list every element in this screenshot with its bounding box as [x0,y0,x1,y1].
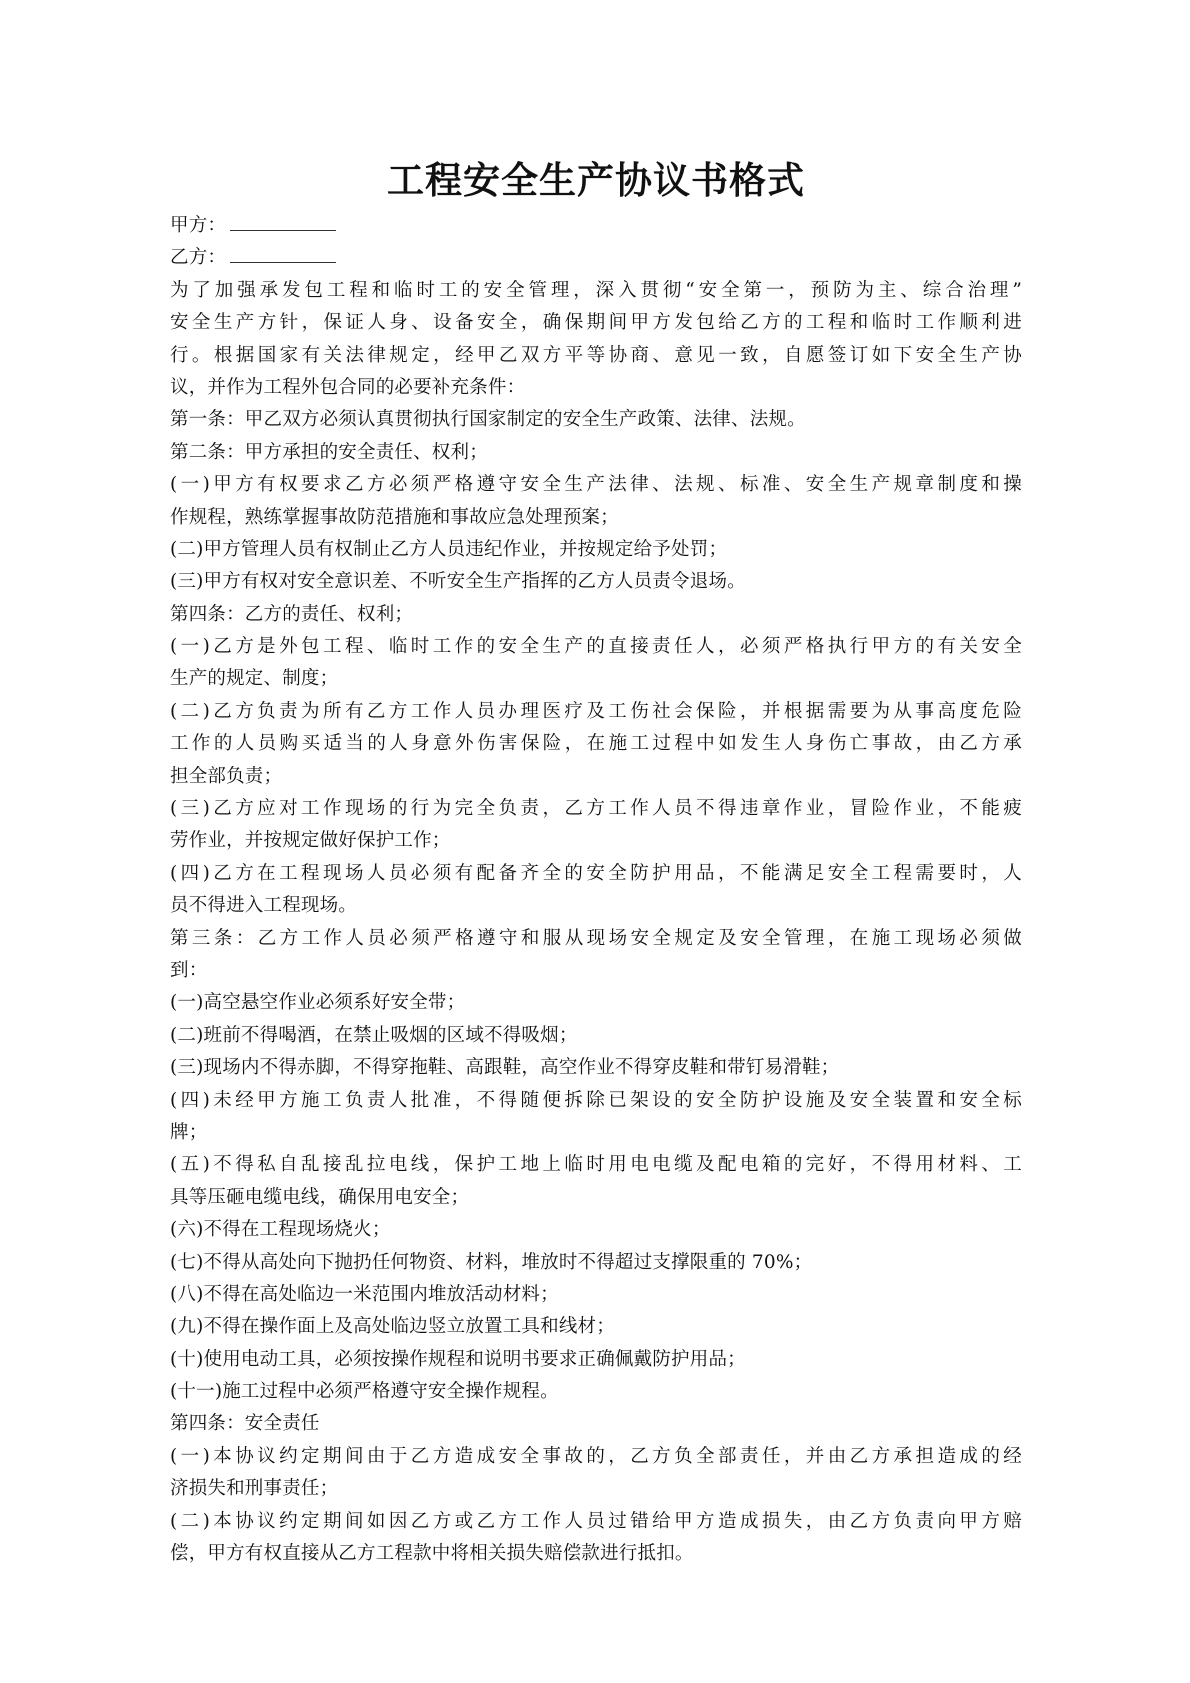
text-line: 第三条：乙方工作人员必须严格遵守和服从现场安全规定及安全管理，在施工现场必须做 [170,923,1022,955]
text-line: (六)不得在工程现场烧火； [170,1214,1022,1246]
text-line: (一)高空悬空作业必须系好安全带； [170,987,1022,1019]
text-line: 生产的规定、制度； [170,663,1022,695]
text-line: (八)不得在高处临边一米范围内堆放活动材料； [170,1279,1022,1311]
document-body: 为了加强承发包工程和临时工的安全管理，深入贯彻“安全第一，预防为主、综合治理”安… [170,275,1022,1571]
text-line: 员不得进入工程现场。 [170,890,1022,922]
text-line: (三)现场内不得赤脚，不得穿拖鞋、高跟鞋，高空作业不得穿皮鞋和带钉易滑鞋； [170,1052,1022,1084]
text-line: 牌； [170,1117,1022,1149]
party-b-line: 乙方： [170,242,1022,274]
text-line: 济损失和刑事责任； [170,1473,1022,1505]
text-line: (九)不得在操作面上及高处临边竖立放置工具和线材； [170,1311,1022,1343]
text-line: (四)乙方在工程现场人员必须有配备齐全的安全防护用品，不能满足安全工程需要时，人 [170,858,1022,890]
party-a-blank-field [230,210,336,231]
text-line: 具等压砸电缆电线，确保用电安全； [170,1182,1022,1214]
text-line: (二)本协议约定期间如因乙方或乙方工作人员过错给甲方造成损失，由乙方负责向甲方赔 [170,1506,1022,1538]
text-line: (一)乙方是外包工程、临时工作的安全生产的直接责任人，必须严格执行甲方的有关安全 [170,631,1022,663]
text-line: 偿，甲方有权直接从乙方工程款中将相关损失赔偿款进行抵扣。 [170,1538,1022,1570]
text-line: 担全部负责； [170,761,1022,793]
text-line: 为了加强承发包工程和临时工的安全管理，深入贯彻“安全第一，预防为主、综合治理” [170,275,1022,307]
text-line: 第一条：甲乙双方必须认真贯彻执行国家制定的安全生产政策、法律、法规。 [170,404,1022,436]
text-line: 工作的人员购买适当的人身意外伤害保险，在施工过程中如发生人身伤亡事故，由乙方承 [170,728,1022,760]
text-line: 第二条：甲方承担的安全责任、权利； [170,437,1022,469]
party-b-label: 乙方： [170,247,226,268]
text-line: (三)甲方有权对安全意识差、不听安全生产指挥的乙方人员责令退场。 [170,566,1022,598]
text-line: (二)甲方管理人员有权制止乙方人员违纪作业，并按规定给予处罚； [170,534,1022,566]
text-line: (二)班前不得喝酒，在禁止吸烟的区域不得吸烟； [170,1020,1022,1052]
text-line: (十)使用电动工具，必须按操作规程和说明书要求正确佩戴防护用品； [170,1344,1022,1376]
document-page: 工程安全生产协议书格式 甲方： 乙方： 为了加强承发包工程和临时工的安全管理，深… [170,152,1022,1570]
text-line: 第四条：安全责任 [170,1408,1022,1440]
text-line: (十一)施工过程中必须严格遵守安全操作规程。 [170,1376,1022,1408]
text-line: 到： [170,955,1022,987]
text-line: (七)不得从高处向下抛扔任何物资、材料，堆放时不得超过支撑限重的 70%； [170,1247,1022,1279]
party-a-line: 甲方： [170,210,1022,242]
text-line: (二)乙方负责为所有乙方工作人员办理医疗及工伤社会保险，并根据需要为从事高度危险 [170,696,1022,728]
party-b-blank-field [230,242,336,263]
text-line: (五)不得私自乱接乱拉电线，保护工地上临时用电电缆及配电箱的完好，不得用材料、工 [170,1149,1022,1181]
document-title: 工程安全生产协议书格式 [170,152,1022,208]
text-line: 议，并作为工程外包合同的必要补充条件： [170,372,1022,404]
text-line: (一)甲方有权要求乙方必须严格遵守安全生产法律、法规、标准、安全生产规章制度和操 [170,469,1022,501]
text-line: 作规程，熟练掌握事故防范措施和事故应急处理预案； [170,502,1022,534]
text-line: 劳作业，并按规定做好保护工作； [170,825,1022,857]
text-line: (一)本协议约定期间由于乙方造成安全事故的，乙方负全部责任，并由乙方承担造成的经 [170,1441,1022,1473]
text-line: 第四条：乙方的责任、权利； [170,599,1022,631]
text-line: 安全生产方针，保证人身、设备安全，确保期间甲方发包给乙方的工程和临时工作顺利进 [170,307,1022,339]
text-line: (四)未经甲方施工负责人批准，不得随便拆除已架设的安全防护设施及安全装置和安全标 [170,1085,1022,1117]
text-line: (三)乙方应对工作现场的行为完全负责，乙方工作人员不得违章作业，冒险作业，不能疲 [170,793,1022,825]
text-line: 行。根据国家有关法律规定，经甲乙双方平等协商、意见一致，自愿签订如下安全生产协 [170,340,1022,372]
party-a-label: 甲方： [170,215,226,236]
